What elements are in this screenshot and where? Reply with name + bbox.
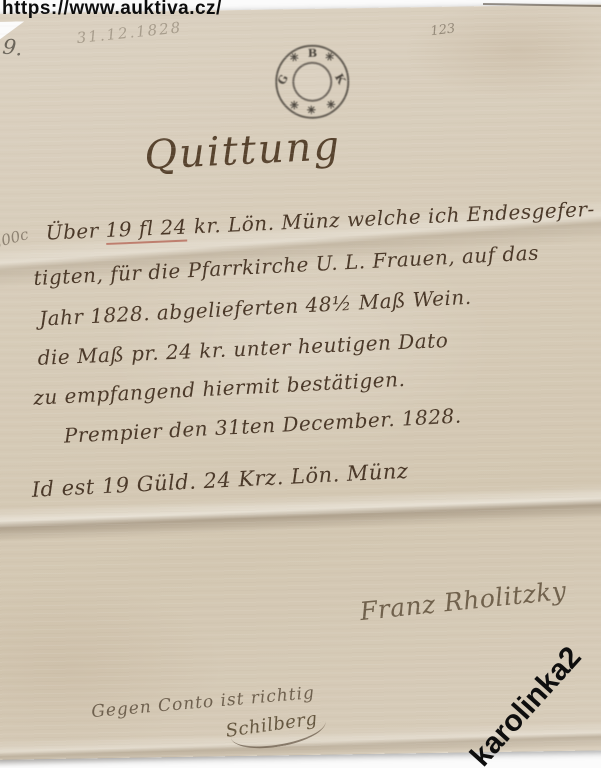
seal-star-icon: ✳ [307, 105, 316, 116]
seal-letter-b: B [308, 48, 317, 59]
pencil-note-price: 200c [0, 225, 30, 252]
receipt-line-1: Über 19 fl 24 kr. Lön. Münz welche ich E… [45, 197, 595, 245]
receipt-line-2: tigten, für die Pfarrkirche U. L. Frauen… [33, 240, 540, 290]
seal-letter-g: G [276, 73, 290, 86]
auction-url-watermark: https://www.auktiva.cz/ [2, 0, 222, 20]
recipient-signature: Franz Rholitzky [359, 576, 568, 626]
seal-star-icon: ✳ [326, 99, 335, 110]
postal-seal-inner-ring [292, 61, 333, 102]
seal-star-icon: ✳ [288, 51, 301, 65]
seal-star-icon: ✳ [323, 50, 336, 64]
receipt-dateline: Prempier den 31ten December. 1828. [63, 404, 462, 448]
pencil-note-page: 123 [430, 21, 456, 39]
receipt-title: Quittung [143, 123, 342, 179]
receipt-line-1-pre: Über [45, 218, 106, 245]
receipt-line-3: Jahr 1828. abgelieferten 48½ Maß Wein. [38, 285, 472, 331]
postal-seal: ✳ B ✳ K G ✳ ✳ ✳ [275, 44, 350, 119]
seal-star-icon: ✳ [290, 100, 299, 111]
amount-underlined: 19 fl 24 [105, 215, 188, 246]
receipt-line-1-post: kr. Lön. Münz welche ich Endesgefer- [186, 197, 595, 239]
receipt-idest-line: Id est 19 Güld. 24 Krz. Lön. Münz [31, 459, 409, 502]
pencil-note-number: 9. [1, 35, 23, 61]
seal-letter-k: K [333, 72, 347, 86]
pencil-note-date: 31.12.1828 [76, 18, 183, 47]
paper-sheet: 9. 31.12.1828 123 200c ✳ B ✳ K G ✳ ✳ ✳ Q… [0, 4, 601, 760]
receipt-line-5: zu empfangend hiermit bestätigen. [33, 367, 406, 410]
receipt-line-4: die Maß pr. 24 kr. unter heutigen Dato [37, 328, 449, 370]
